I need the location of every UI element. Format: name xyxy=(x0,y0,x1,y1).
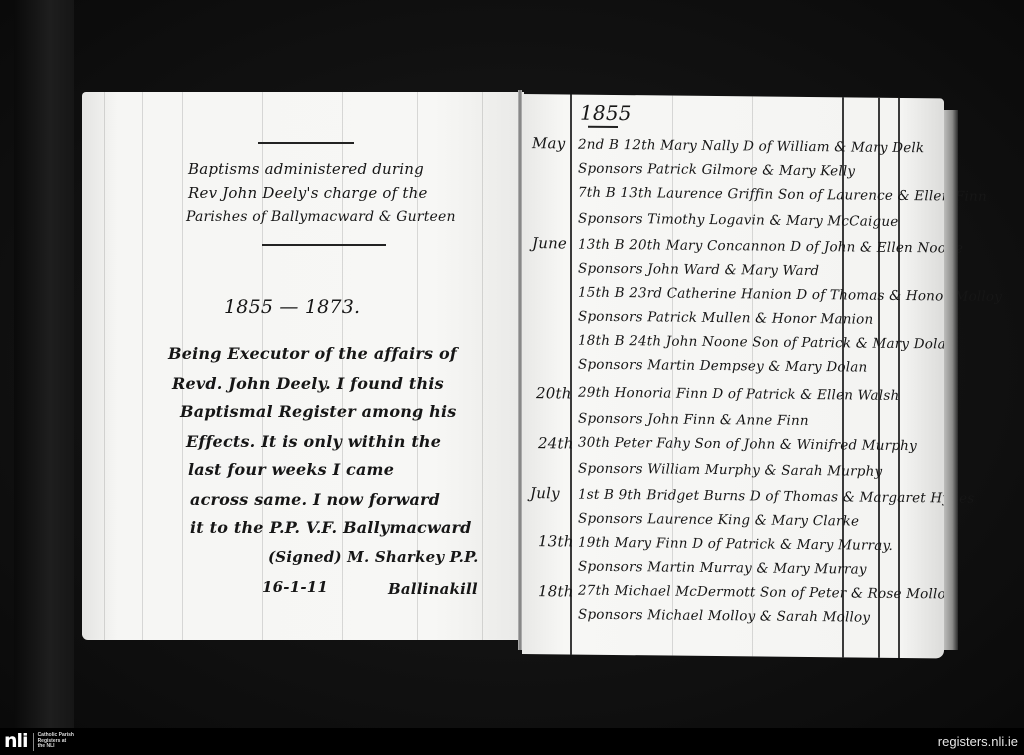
note-line-2: Revd. John Deely. I found this xyxy=(172,374,444,393)
signature: (Signed) M. Sharkey P.P. xyxy=(268,548,479,566)
register-book: Baptisms administered during Rev John De… xyxy=(78,90,968,650)
page-edge xyxy=(944,110,958,650)
day-13th: 13th xyxy=(538,532,574,550)
title-rule-bottom xyxy=(262,244,386,246)
note-line-3: Baptismal Register among his xyxy=(180,402,457,421)
day-20th: 20th xyxy=(536,384,572,402)
entry-line: Sponsors Patrick Gilmore & Mary Kelly xyxy=(578,161,855,180)
title-line-1: Baptisms administered during xyxy=(188,160,424,178)
entry-line: 19th Mary Finn D of Patrick & Mary Murra… xyxy=(578,535,893,554)
entry-line: 18th B 24th John Noone Son of Patrick & … xyxy=(578,333,955,353)
entry-line: Sponsors Timothy Logavin & Mary McCaigue xyxy=(578,211,898,230)
logo-text-line-3: the NLI xyxy=(38,743,55,749)
scan-border xyxy=(14,0,74,728)
entry-line: Sponsors Laurence King & Mary Clarke xyxy=(578,511,859,530)
title-line-3: Parishes of Ballymacward & Gurteen xyxy=(186,209,456,225)
entry-line: 13th B 20th Mary Concannon D of John & E… xyxy=(578,237,963,257)
month-july: July xyxy=(530,484,560,502)
date-range: 1855 — 1873. xyxy=(224,296,360,318)
logo-text: Catholic Parish Registers at the NLI xyxy=(38,733,78,750)
note-line-6: across same. I now forward xyxy=(190,490,440,509)
title-line-2: Rev John Deely's charge of the xyxy=(188,184,428,202)
entry-line: 29th Honoria Finn D of Patrick & Ellen W… xyxy=(578,385,899,404)
entry-line: Sponsors Michael Molloy & Sarah Molloy xyxy=(578,607,870,626)
image-viewer[interactable]: Baptisms administered during Rev John De… xyxy=(0,0,1024,728)
entry-line: 7th B 13th Laurence Griffin Son of Laure… xyxy=(578,185,987,205)
footer-bar: nli Catholic Parish Registers at the NLI… xyxy=(0,728,1024,755)
signature-place: Ballinakill xyxy=(388,580,478,598)
note-line-1: Being Executor of the affairs of xyxy=(168,344,457,363)
entry-line: 27th Michael McDermott Son of Peter & Ro… xyxy=(578,583,954,603)
nli-logo-mark: nli xyxy=(4,732,28,751)
entry-line: Sponsors Martin Dempsey & Mary Dolan xyxy=(578,357,867,376)
note-line-4: Effects. It is only within the xyxy=(186,432,441,451)
entry-line: 1st B 9th Bridget Burns D of Thomas & Ma… xyxy=(578,487,974,507)
logo-divider xyxy=(33,733,34,751)
month-june: June xyxy=(532,234,567,252)
entry-line: Sponsors William Murphy & Sarah Murphy xyxy=(578,461,882,480)
entry-line: Sponsors Patrick Mullen & Honor Manion xyxy=(578,309,873,328)
site-url-link[interactable]: registers.nli.ie xyxy=(938,734,1024,749)
entry-line: Sponsors Martin Murray & Mary Murray xyxy=(578,559,867,578)
entry-line: Sponsors John Finn & Anne Finn xyxy=(578,411,809,429)
day-24th: 24th xyxy=(538,434,574,452)
note-line-5: last four weeks I came xyxy=(188,460,394,479)
day-18th: 18th xyxy=(538,582,574,600)
entry-line: 15th B 23rd Catherine Hanion D of Thomas… xyxy=(578,285,1002,305)
register-year: 1855 xyxy=(580,101,632,126)
title-rule-top xyxy=(258,142,354,144)
month-may: May xyxy=(532,134,565,152)
nli-logo[interactable]: nli Catholic Parish Registers at the NLI xyxy=(0,728,78,755)
right-page: 1855 May June 20th 24th July 13th 18th 2… xyxy=(522,94,944,658)
entry-line: Sponsors John Ward & Mary Ward xyxy=(578,261,819,280)
note-line-7: it to the P.P. V.F. Ballymacward xyxy=(190,518,472,537)
entry-line: 2nd B 12th Mary Nally D of William & Mar… xyxy=(578,137,924,157)
year-underline xyxy=(588,126,618,128)
signature-date: 16-1-11 xyxy=(262,578,328,596)
left-page: Baptisms administered during Rev John De… xyxy=(82,92,524,640)
entry-line: 30th Peter Fahy Son of John & Winifred M… xyxy=(578,435,917,455)
